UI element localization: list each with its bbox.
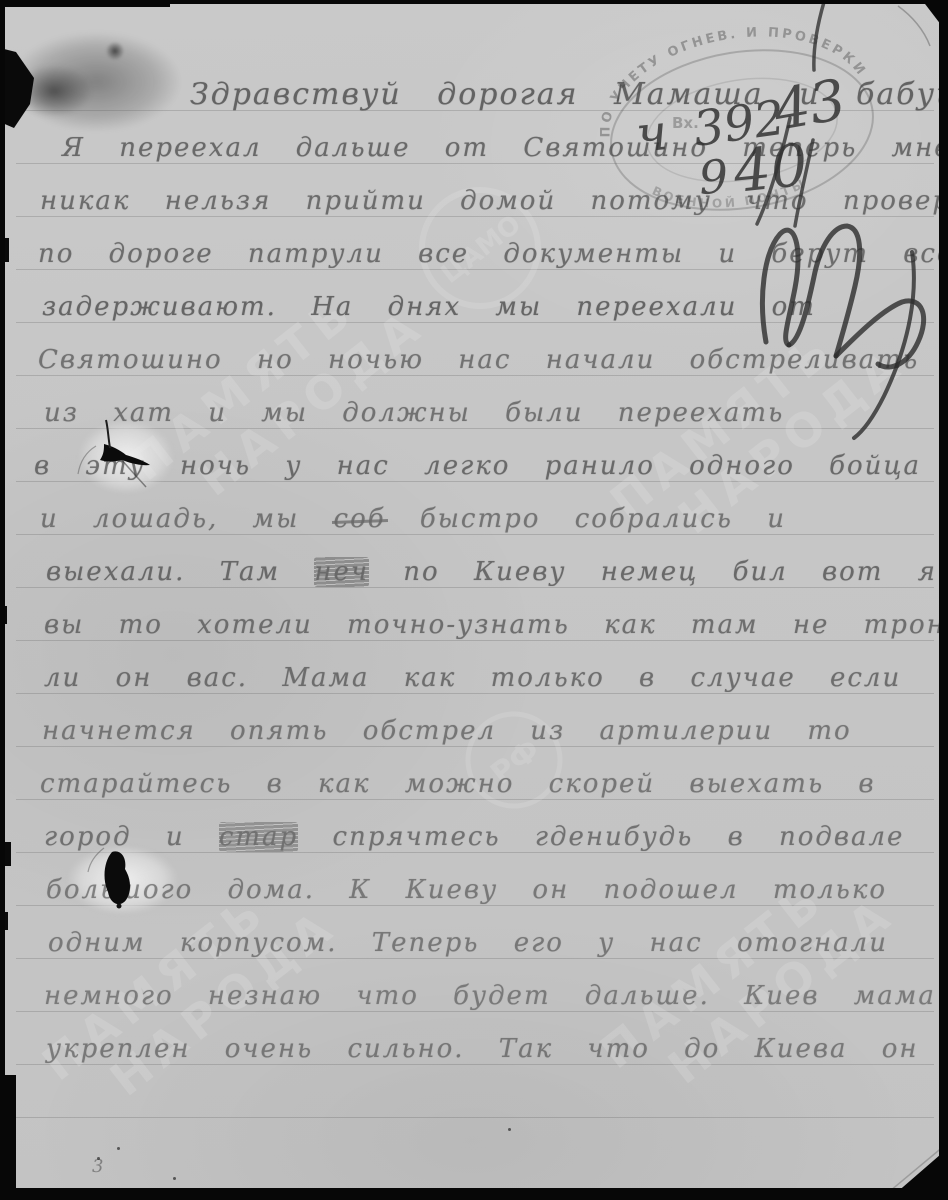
pencil-scribble [762, 226, 923, 438]
scan-edge-left [0, 0, 5, 1200]
dust-speck [508, 1128, 511, 1131]
pencil-registration-numbers: ч 392 43 9 40 3 [92, 67, 851, 1177]
fold-crease [898, 6, 930, 46]
pencil-number: 9 [697, 149, 730, 205]
dust-speck [117, 1147, 120, 1150]
dust-speck [173, 1177, 176, 1180]
scan-edge-left [0, 1075, 16, 1200]
pencil-number: ч [633, 103, 670, 164]
torn-corner [0, 48, 34, 128]
marks-overlay: ПО УЧЕТУ ОГНЕВ. И ПРОВЕРКИ ВОЕННОЙ ПОЧТЫ… [0, 0, 948, 1200]
scanned-letter-page: ПАМЯТЬ НАРОДА ПАМЯТЬ НАРОДА ПАМЯТЬ НАРОД… [0, 0, 948, 1200]
paper-hole [88, 848, 130, 909]
scan-edge-bottom [0, 1188, 948, 1200]
scan-edge-right [939, 0, 948, 1200]
dust-speck [97, 1157, 100, 1160]
scan-edge-top [0, 0, 170, 7]
paper-hole [78, 420, 150, 487]
